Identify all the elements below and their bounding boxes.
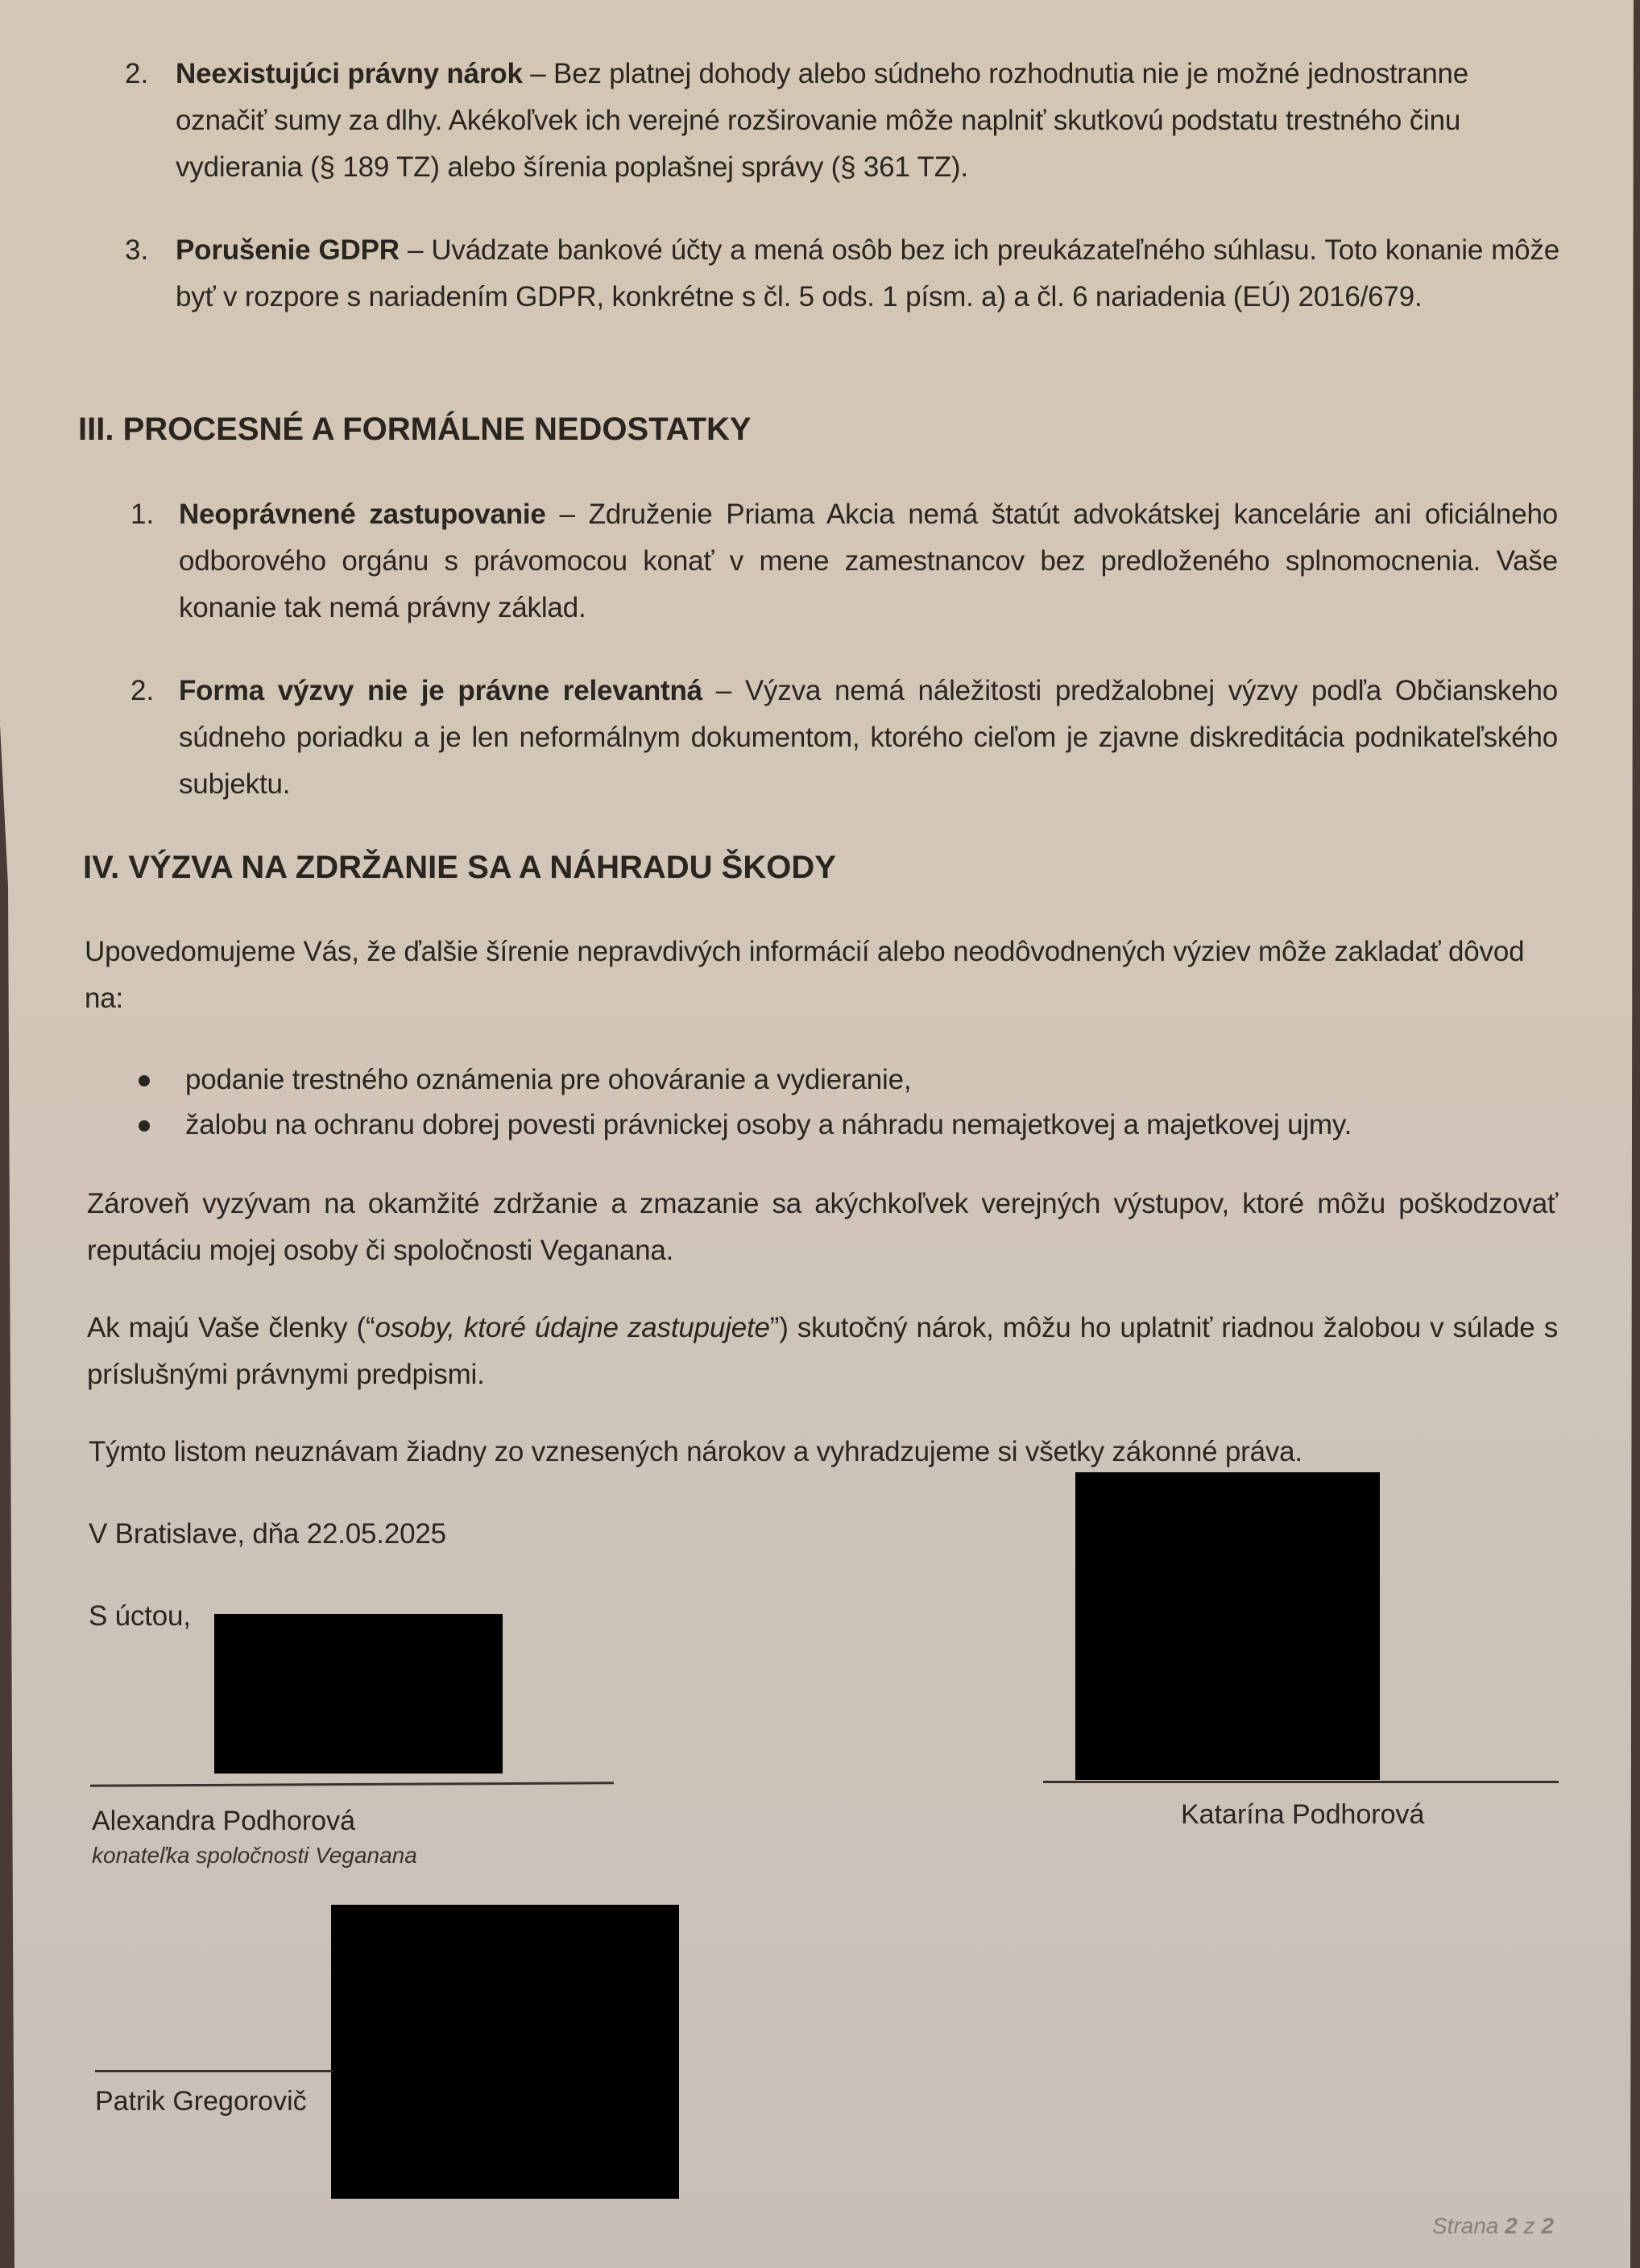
paragraph-demand: Zároveň vyzývam na okamžité zdržanie a z…	[87, 1181, 1558, 1274]
list-item-gdpr: Porušenie GDPR – Uvádzate bankové účty a…	[176, 227, 1559, 321]
list-number: 2.	[125, 51, 148, 97]
signature-line	[1043, 1781, 1559, 1783]
list-item-title: Neoprávnené zastupovanie	[179, 499, 546, 530]
list-number: 3.	[125, 227, 148, 274]
list-item-title: Forma výzvy nie je právne relevantná	[179, 675, 702, 706]
bullet-item: žalobu na ochranu dobrej povesti právnic…	[185, 1102, 1555, 1148]
paragraph-members-claim: Ak majú Vaše členky (“osoby, ktoré údajn…	[87, 1305, 1558, 1398]
page-number: Strana 2 z 2	[1432, 2213, 1554, 2239]
signature-line	[90, 1782, 614, 1786]
redacted-signature	[1075, 1472, 1380, 1780]
list-item-unauthorized-representation: Neoprávnené zastupovanie – Združenie Pri…	[179, 491, 1558, 631]
signatory-name: Alexandra Podhorová	[92, 1806, 355, 1837]
list-item-form-not-relevant: Forma výzvy nie je právne relevantná – V…	[179, 668, 1558, 808]
place-date: V Bratislave, dňa 22.05.2025	[89, 1511, 446, 1558]
paragraph-italic-quote: osoby, ktoré údajne zastupujete	[375, 1312, 769, 1343]
list-item-unfounded-claim: Neexistujúci právny nárok – Bez platnej …	[176, 51, 1559, 191]
bullet-icon	[139, 1120, 150, 1132]
paragraph-text: Ak majú Vaše členky (“	[87, 1312, 375, 1343]
section-heading-iv: IV. VÝZVA NA ZDRŽANIE SA A NÁHRADU ŠKODY	[83, 847, 836, 888]
page-total: 2	[1541, 2213, 1554, 2238]
section-heading-iii: III. PROCESNÉ A FORMÁLNE NEDOSTATKY	[78, 409, 752, 449]
signatory-name: Patrik Gregorovič	[95, 2086, 307, 2117]
salutation: S úctou,	[89, 1593, 191, 1640]
list-number: 2.	[130, 668, 154, 714]
list-item-title: Porušenie GDPR	[176, 234, 400, 266]
bullet-icon	[139, 1075, 150, 1086]
signatory-role: konateľka spoločnosti Veganana	[92, 1843, 417, 1869]
signatory-name: Katarína Podhorová	[1181, 1799, 1424, 1831]
section-iv-intro: Upovedomujeme Vás, že ďalšie šírenie nep…	[85, 929, 1559, 1022]
page-current: 2	[1505, 2213, 1518, 2238]
document-page: 2. Neexistujúci právny nárok – Bez platn…	[0, 0, 1634, 2268]
list-number: 1.	[130, 491, 154, 538]
page-of: z	[1524, 2213, 1535, 2238]
bullet-item: podanie trestného oznámenia pre ohováran…	[185, 1057, 1555, 1103]
page-label: Strana	[1432, 2213, 1499, 2238]
redacted-signature	[331, 1905, 679, 2199]
paragraph-reservation: Týmto listom neuznávam žiadny zo vznesen…	[89, 1429, 1563, 1475]
list-item-title: Neexistujúci právny nárok	[176, 58, 523, 89]
redacted-signature	[214, 1614, 503, 1773]
signature-line	[95, 2070, 333, 2072]
